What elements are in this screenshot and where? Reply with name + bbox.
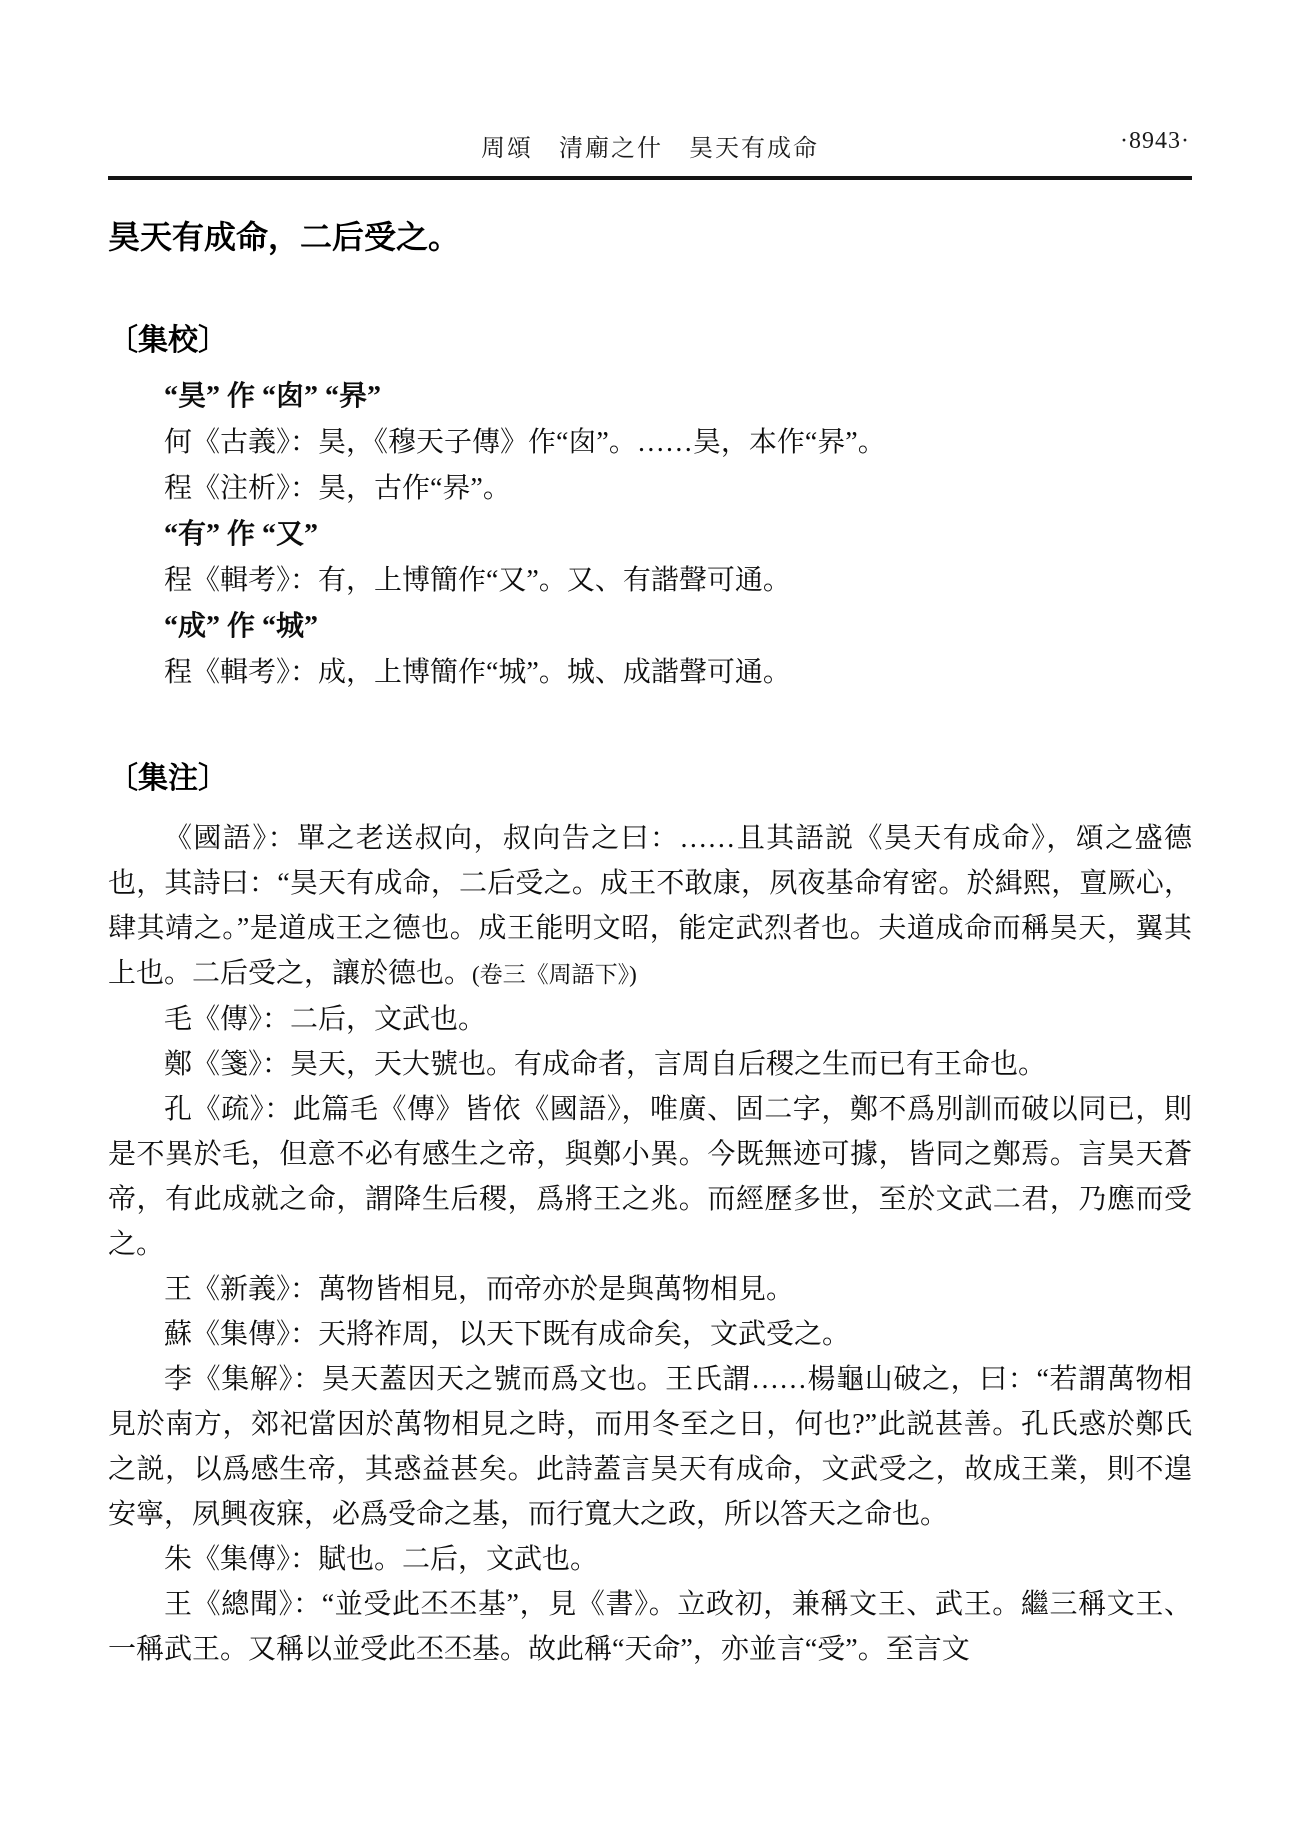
collation-entry-line: 程《輯考》：成，上博簡作“城”。城、成諧聲可通。 xyxy=(164,650,1192,696)
running-head: 周頌 清廟之什 昊天有成命 ·8943· xyxy=(108,0,1192,162)
note-paragraph-wang-xinyi: 王《新義》：萬物皆相見，而帝亦於是與萬物相見。 xyxy=(108,1267,1192,1312)
collation-variant-line: “昊” 作 “囱” “昦” xyxy=(164,374,1192,420)
page-content: 周頌 清廟之什 昊天有成命 ·8943· 昊天有成命，二后受之。 〔集校〕 “昊… xyxy=(0,0,1300,1672)
note-paragraph-text: 《國語》：單之老送叔向，叔向告之曰：……且其語説《昊天有成命》，頌之盛德也，其詩… xyxy=(108,823,1192,989)
running-head-title: 周頌 清廟之什 昊天有成命 xyxy=(108,128,1192,163)
note-paragraph-mao-zhuan: 毛《傳》：二后，文武也。 xyxy=(108,997,1192,1042)
note-paragraph-text: 毛《傳》：二后，文武也。 xyxy=(164,1004,486,1035)
note-paragraph-guoyu: 《國語》：單之老送叔向，叔向告之曰：……且其語説《昊天有成命》，頌之盛德也，其詩… xyxy=(108,816,1192,997)
collation-block: “昊” 作 “囱” “昦” 何《古義》：昊，《穆天子傳》作“囱”。……昊，本作“… xyxy=(108,374,1192,696)
citation-note: (卷三《周語下》) xyxy=(472,962,637,987)
section-heading-jijiao: 〔集校〕 xyxy=(108,320,1192,362)
note-paragraph-li-jijie: 李《集解》：昊天蓋因天之號而爲文也。王氏謂……楊龜山破之，曰：“若謂萬物相見於南… xyxy=(108,1357,1192,1537)
collation-entry-line: 程《輯考》：有，上博簡作“又”。又、有諧聲可通。 xyxy=(164,558,1192,604)
note-paragraph-zhu-jizhuan: 朱《集傳》：賦也。二后，文武也。 xyxy=(108,1537,1192,1582)
collation-entry-line: 程《注析》：昊，古作“昦”。 xyxy=(164,466,1192,512)
note-paragraph-wang-zongwen: 王《總聞》：“並受此丕丕基”，見《書》。立政初，兼稱文王、武王。繼三稱文王、一稱… xyxy=(108,1582,1192,1672)
book-page: 周頌 清廟之什 昊天有成命 ·8943· 昊天有成命，二后受之。 〔集校〕 “昊… xyxy=(0,0,1300,1827)
collation-entry-line: 何《古義》：昊，《穆天子傳》作“囱”。……昊，本作“昦”。 xyxy=(164,420,1192,466)
section-heading-jizhu: 〔集注〕 xyxy=(108,758,1192,800)
note-paragraph-text: 李《集解》：昊天蓋因天之號而爲文也。王氏謂……楊龜山破之，曰：“若謂萬物相見於南… xyxy=(108,1364,1192,1530)
note-paragraph-kong-shu: 孔《疏》：此篇毛《傳》皆依《國語》，唯廣、固二字，鄭不爲別訓而破以同已，則是不異… xyxy=(108,1087,1192,1267)
poem-line-title: 昊天有成命，二后受之。 xyxy=(108,216,1192,258)
note-paragraph-text: 蘇《集傳》：天將祚周，以天下既有成命矣，文武受之。 xyxy=(164,1319,850,1350)
note-paragraph-text: 朱《集傳》：賦也。二后，文武也。 xyxy=(164,1544,598,1575)
note-paragraph-text: 王《新義》：萬物皆相見，而帝亦於是與萬物相見。 xyxy=(164,1274,794,1305)
note-paragraph-su-jizhuan: 蘇《集傳》：天將祚周，以天下既有成命矣，文武受之。 xyxy=(108,1312,1192,1357)
notes-block: 《國語》：單之老送叔向，叔向告之曰：……且其語説《昊天有成命》，頌之盛德也，其詩… xyxy=(108,816,1192,1672)
header-rule xyxy=(108,176,1192,180)
collation-variant-line: “成” 作 “城” xyxy=(164,604,1192,650)
page-number: ·8943· xyxy=(1120,128,1190,155)
collation-variant-line: “有” 作 “又” xyxy=(164,512,1192,558)
note-paragraph-text: 孔《疏》：此篇毛《傳》皆依《國語》，唯廣、固二字，鄭不爲別訓而破以同已，則是不異… xyxy=(108,1094,1192,1260)
note-paragraph-zheng-jian: 鄭《箋》：昊天，天大號也。有成命者，言周自后稷之生而已有王命也。 xyxy=(108,1042,1192,1087)
note-paragraph-text: 鄭《箋》：昊天，天大號也。有成命者，言周自后稷之生而已有王命也。 xyxy=(164,1049,1046,1080)
note-paragraph-text: 王《總聞》：“並受此丕丕基”，見《書》。立政初，兼稱文王、武王。繼三稱文王、一稱… xyxy=(108,1589,1192,1665)
